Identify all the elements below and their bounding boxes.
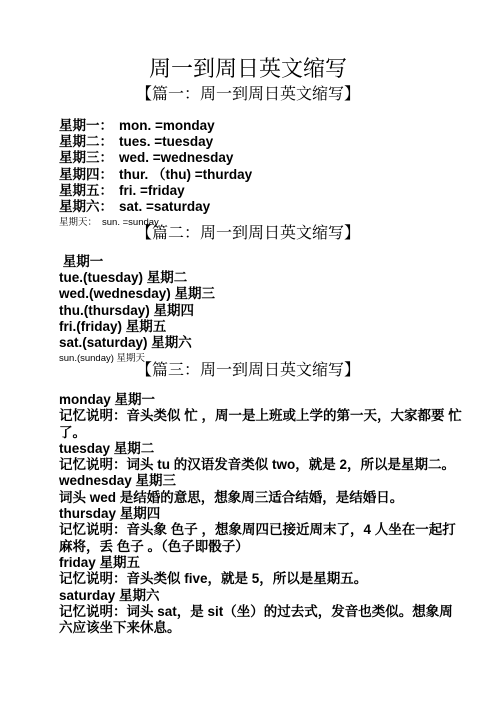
mnemonic-line: 记忆说明：词头 sat，是 sit（坐）的过去式，发音也类似。想象周 [59, 604, 476, 620]
weekday-label: 星期三： [59, 150, 113, 165]
weekday-label: 星期五： [59, 183, 113, 198]
mnemonic-line: tuesday 星期二 [59, 441, 476, 457]
weekday-abbreviation: mon. =monday [119, 118, 215, 133]
weekday-item: wed.(wednesday) 星期三 [59, 286, 476, 302]
weekday-abbreviation: thur. （thu) =thurday [119, 167, 252, 182]
document-title: 周一到周日英文缩写 [0, 56, 496, 82]
section2-weekday-list: 星期一 tue.(tuesday) 星期二 wed.(wednesday) 星期… [59, 254, 476, 367]
weekday-label: 星期二： [59, 134, 113, 149]
weekday-item: 星期一：mon. =monday [59, 118, 476, 134]
mnemonic-line: 词头 wed 是结婚的意思，想象周三适合结婚，是结婚日。 [59, 490, 476, 506]
weekday-item: thu.(thursday) 星期四 [59, 303, 476, 319]
weekday-item: fri.(friday) 星期五 [59, 319, 476, 335]
mnemonic-line: 麻将，丢 色子 。（色子即骰子） [59, 539, 476, 555]
weekday-item: 星期四：thur. （thu) =thurday [59, 167, 476, 183]
section1-heading: 【篇一：周一到周日英文缩写】 [0, 86, 496, 104]
weekday-abbreviation: sat. =saturday [119, 199, 210, 214]
mnemonic-line: 六应该坐下来休息。 [59, 620, 476, 636]
weekday-item: tue.(tuesday) 星期二 [59, 270, 476, 286]
weekday-abbreviation: wed. =wednesday [119, 150, 233, 165]
weekday-item: sat.(saturday) 星期六 [59, 335, 476, 351]
mnemonic-line: saturday 星期六 [59, 588, 476, 604]
weekday-label: 星期四： [59, 167, 113, 182]
weekday-label: 星期六： [59, 199, 113, 214]
section2-heading: 【篇二：周一到周日英文缩写】 [0, 225, 496, 243]
mnemonic-line: 记忆说明：音头类似 忙 ，周一是上班或上学的第一天，大家都要 忙 [59, 408, 476, 424]
mnemonic-line: thursday 星期四 [59, 506, 476, 522]
section1-weekday-list: 星期一：mon. =monday 星期二：tues. =tuesday 星期三：… [59, 118, 476, 231]
mnemonic-line: 了。 [59, 425, 476, 441]
weekday-abbreviation: tues. =tuesday [119, 134, 213, 149]
mnemonic-line: 记忆说明：音头象 色子 ，想象周四已接近周末了，4 人坐在一起打 [59, 522, 476, 538]
section3-heading: 【篇三：周一到周日英文缩写】 [0, 362, 496, 380]
mnemonic-line: friday 星期五 [59, 555, 476, 571]
weekday-item: 星期一 [59, 254, 476, 270]
weekday-item: 星期六：sat. =saturday [59, 199, 476, 215]
mnemonic-line: monday 星期一 [59, 392, 476, 408]
mnemonic-line: 记忆说明：词头 tu 的汉语发音类似 two，就是 2，所以是星期二。 [59, 457, 476, 473]
weekday-label: 星期一： [59, 118, 113, 133]
section3-mnemonic-text: monday 星期一 记忆说明：音头类似 忙 ，周一是上班或上学的第一天，大家都… [59, 392, 476, 636]
mnemonic-line: 记忆说明：音头类似 five，就是 5，所以是星期五。 [59, 571, 476, 587]
weekday-item: 星期三：wed. =wednesday [59, 150, 476, 166]
weekday-abbreviation: fri. =friday [119, 183, 185, 198]
mnemonic-line: wednesday 星期三 [59, 473, 476, 489]
weekday-item: 星期二：tues. =tuesday [59, 134, 476, 150]
document-page: 周一到周日英文缩写 【篇一：周一到周日英文缩写】 星期一：mon. =monda… [0, 0, 496, 702]
weekday-item: 星期五：fri. =friday [59, 183, 476, 199]
